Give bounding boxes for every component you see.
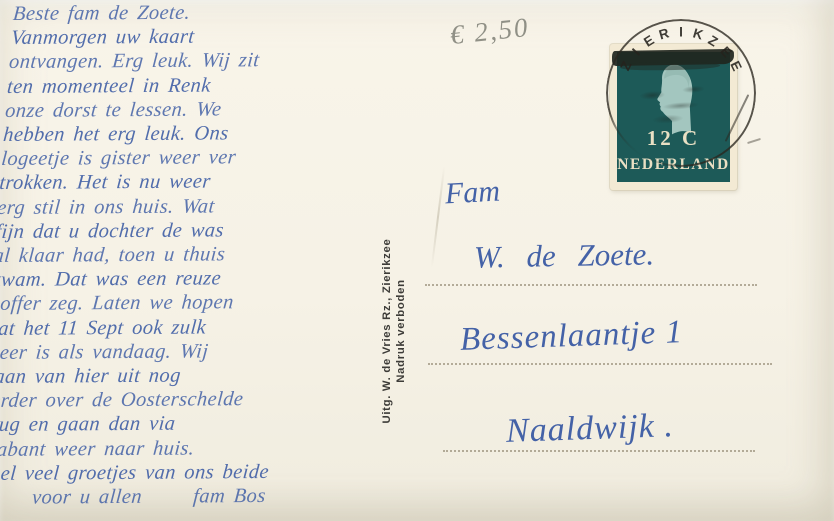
message-line: voor u allen fam Bos (0, 483, 353, 510)
message-line: hebben het erg leuk. Ons (2, 120, 382, 147)
message-line: fijn dat u dochter de was (0, 217, 375, 244)
message-line: kwam. Dat was een reuze (0, 266, 371, 293)
message-line: ten momenteel in Renk (6, 72, 386, 99)
message-line: ontvangen. Erg leuk. Wij zit (8, 48, 388, 75)
postcard-scan: Beste fam de Zoete. Vanmorgen uw kaart o… (0, 0, 834, 521)
publisher-line: Nadruk verboden (395, 201, 409, 461)
message-line: Beste fam de Zoete. (12, 0, 392, 26)
publisher-line: Uitg. W. de Vries Rz., Zierikzee (381, 201, 395, 461)
address-dotted-line (443, 450, 755, 452)
paper-crease (431, 166, 445, 267)
address-name: W. de Zoete. (474, 236, 655, 275)
message-line: al klaar had, toen u thuis (0, 241, 373, 268)
message-line: logeetje is gister weer ver (0, 145, 380, 172)
message-line: dat het 11 Sept ook zulk (0, 314, 367, 341)
address-city: Naaldwijk . (505, 407, 674, 451)
message-line: Vanmorgen uw kaart (10, 24, 390, 51)
message-line: weer is als vandaag. Wij (0, 338, 365, 365)
message-line: erg stil in ons huis. Wat (0, 193, 377, 220)
message-line: gaan van hier uit nog (0, 362, 363, 389)
postmark-ring (606, 19, 756, 167)
postmark: ZIERIKZEE (604, 17, 758, 169)
message-block: Beste fam de Zoete. Vanmorgen uw kaart o… (0, 0, 392, 510)
message-line: onze dorst te lessen. We (4, 96, 384, 123)
message-line: trokken. Het is nu weer (0, 169, 379, 196)
price-marking: € 2,50 (449, 12, 531, 51)
message-line: verder over de Oosterschelde (0, 387, 361, 414)
message-line: Heel veel groetjes van ons beide (0, 459, 355, 486)
address-dotted-line (425, 284, 757, 286)
address-salutation: Fam (444, 175, 501, 212)
address-dotted-line (428, 363, 772, 365)
message-line: boffer zeg. Laten we hopen (0, 290, 369, 317)
message-line: brabant weer naar huis. (0, 435, 357, 462)
publisher-imprint: Uitg. W. de Vries Rz., Zierikzee Nadruk … (381, 201, 411, 461)
message-line: brug en gaan dan via (0, 411, 359, 438)
address-street: Bessenlaantje 1 (459, 314, 683, 359)
